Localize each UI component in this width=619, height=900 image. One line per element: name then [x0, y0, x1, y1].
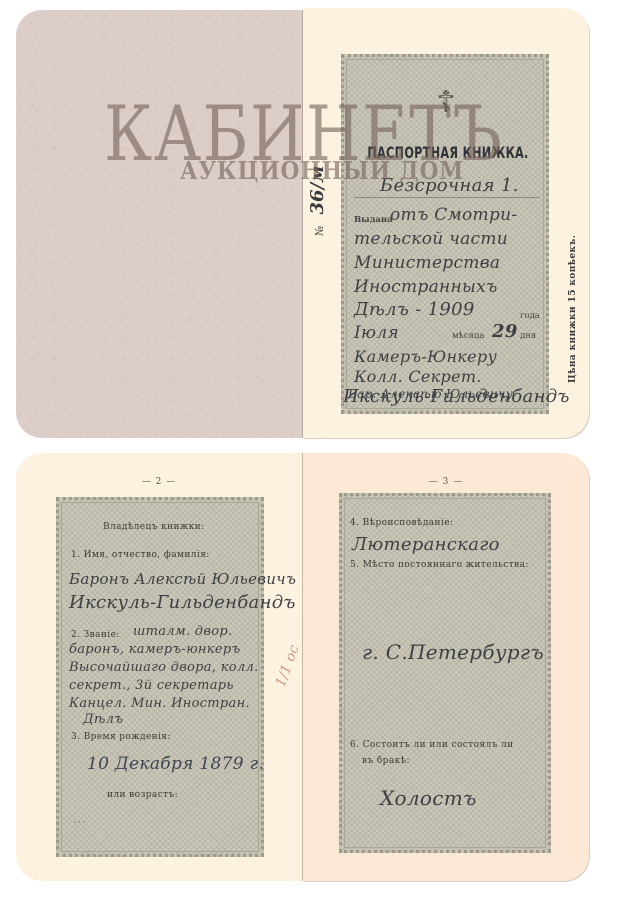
field-marital-label-1: 6. Состоитъ ли или состоялъ ли [350, 740, 514, 750]
guilloche-frame: ☦ ПАСПОРТНАЯ КНИЖКА. Безсрочная 1. Выдан… [341, 54, 549, 414]
bleed-through-text: … [73, 812, 86, 827]
issue-month: Іюля [354, 323, 399, 343]
year-label: года [520, 311, 540, 321]
page-number: — 2 — [16, 477, 302, 487]
field-rank-value-4: секрет., 3й секретарь [69, 678, 234, 693]
field-rank-label: 2. Званіе: [71, 630, 120, 640]
month-label: мѣсяца [452, 331, 484, 341]
holder-line-4: Икскуль-Гильденбандъ [343, 386, 570, 407]
field-marital-label-2: въ бракѣ: [362, 756, 410, 766]
price-text: Цѣна книжки 15 копѣекъ. [568, 235, 578, 383]
passport-title-page: № 36/м ☦ ПАСПОРТНАЯ КНИЖКА. Безсрочная 1… [303, 8, 589, 438]
field-birth-label: 3. Время рожденія: [71, 732, 171, 742]
issued-label: Выдана [354, 215, 393, 225]
field-rank-value-6: Дѣлъ [83, 712, 123, 727]
page-number: — 3 — [303, 477, 589, 487]
issued-by-line-1: отъ Смотри- [390, 205, 517, 225]
day-label: дня [520, 331, 536, 341]
field-residence-value: г. С.Петербургъ [362, 640, 544, 664]
field-rank-value-5: Канцел. Мин. Иностран. [69, 696, 250, 711]
field-rank-value-1: шталм. двор. [133, 624, 232, 639]
field-religion-label: 4. Вѣроисповѣданіе: [350, 518, 453, 528]
field-name-value-1: Баронъ Алексѣй Юльевичъ [69, 570, 296, 588]
holder-line-2: Колл. Секрет. [354, 367, 482, 386]
serial-number: № 36/м [307, 166, 328, 236]
field-rank-value-3: Высочайшаго двора, колл. [69, 660, 259, 675]
serial-number-handwritten: 36/м [307, 166, 328, 215]
divider [354, 197, 540, 198]
passport-type: Безсрочная 1. [380, 175, 519, 196]
double-headed-eagle-icon: ☦ [426, 81, 466, 125]
field-age-label: или возрастъ: [107, 790, 178, 800]
field-name-label: 1. Имя, отчество, фамилія: [71, 550, 210, 560]
issue-year: Дѣлъ - 1909 [354, 299, 475, 320]
issued-by-line-4: Иностранныхъ [354, 277, 498, 297]
field-marital-value: Холостъ [380, 786, 477, 810]
guilloche-frame: 4. Вѣроисповѣданіе: Лютеранскаго 5. Мѣст… [339, 493, 551, 853]
red-pencil-mark: 1/1 ос [273, 643, 303, 689]
owner-heading: Владѣлецъ книжки: [103, 522, 204, 532]
issue-day: 29 [492, 321, 518, 342]
field-rank-value-2: баронъ, камеръ-юнкеръ [69, 642, 240, 657]
field-religion-value: Лютеранскаго [352, 534, 500, 555]
passport-page-2: — 2 — Владѣлецъ книжки: 1. Имя, отчество… [16, 453, 303, 881]
holder-line-1: Камеръ-Юнкеру [354, 347, 497, 366]
inner-cover-page [16, 10, 303, 438]
field-residence-label: 5. Мѣсто постояннаго жительства: [350, 560, 529, 570]
field-name-value-2: Икскуль-Гильденбандъ [69, 592, 296, 613]
passport-page-3: — 3 — 4. Вѣроисповѣданіе: Лютеранскаго 5… [303, 453, 589, 881]
guilloche-frame: Владѣлецъ книжки: 1. Имя, отчество, фами… [56, 497, 264, 857]
issued-by-line-3: Министерства [354, 253, 500, 273]
document-title: ПАСПОРТНАЯ КНИЖКА. [352, 143, 544, 162]
issued-by-line-2: тельской части [354, 229, 508, 249]
field-birth-value: 10 Декабря 1879 г. [87, 754, 264, 774]
